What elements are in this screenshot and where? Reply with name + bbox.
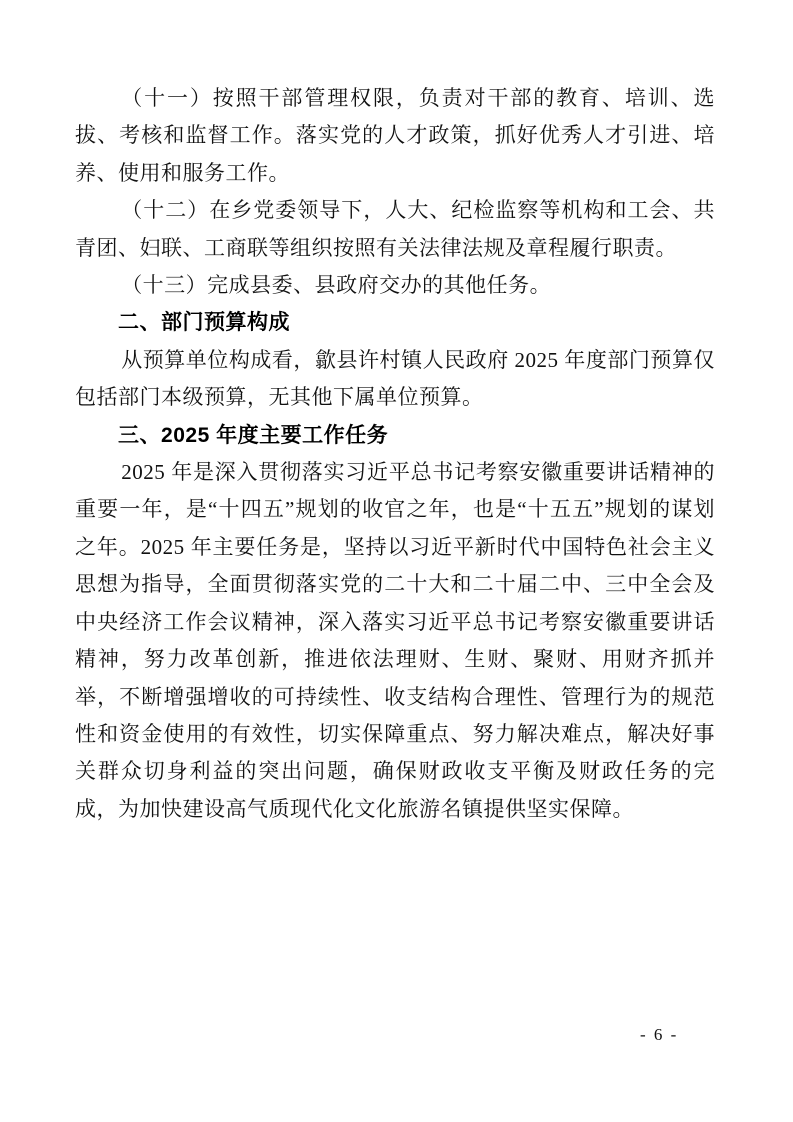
document-page: （十一）按照干部管理权限，负责对干部的教育、培训、选拔、考核和监督工作。落实党的…: [0, 0, 793, 1122]
section-heading-budget-composition: 二、部门预算构成: [75, 304, 715, 341]
page-number: - 6 -: [640, 1025, 678, 1045]
document-body: （十一）按照干部管理权限，负责对干部的教育、培训、选拔、考核和监督工作。落实党的…: [75, 80, 715, 828]
paragraph-item-12: （十二）在乡党委领导下，人大、纪检监察等机构和工会、共青团、妇联、工商联等组织按…: [75, 192, 715, 267]
paragraph-item-11: （十一）按照干部管理权限，负责对干部的教育、培训、选拔、考核和监督工作。落实党的…: [75, 80, 715, 192]
section-heading-2025-main-tasks: 三、2025 年度主要工作任务: [75, 417, 715, 454]
paragraph-item-13: （十三）完成县委、县政府交办的其他任务。: [75, 267, 715, 304]
paragraph-budget-composition: 从预算单位构成看，歙县许村镇人民政府 2025 年度部门预算仅包括部门本级预算，…: [75, 342, 715, 417]
paragraph-2025-main-tasks: 2025 年是深入贯彻落实习近平总书记考察安徽重要讲话精神的重要一年，是“十四五…: [75, 454, 715, 828]
